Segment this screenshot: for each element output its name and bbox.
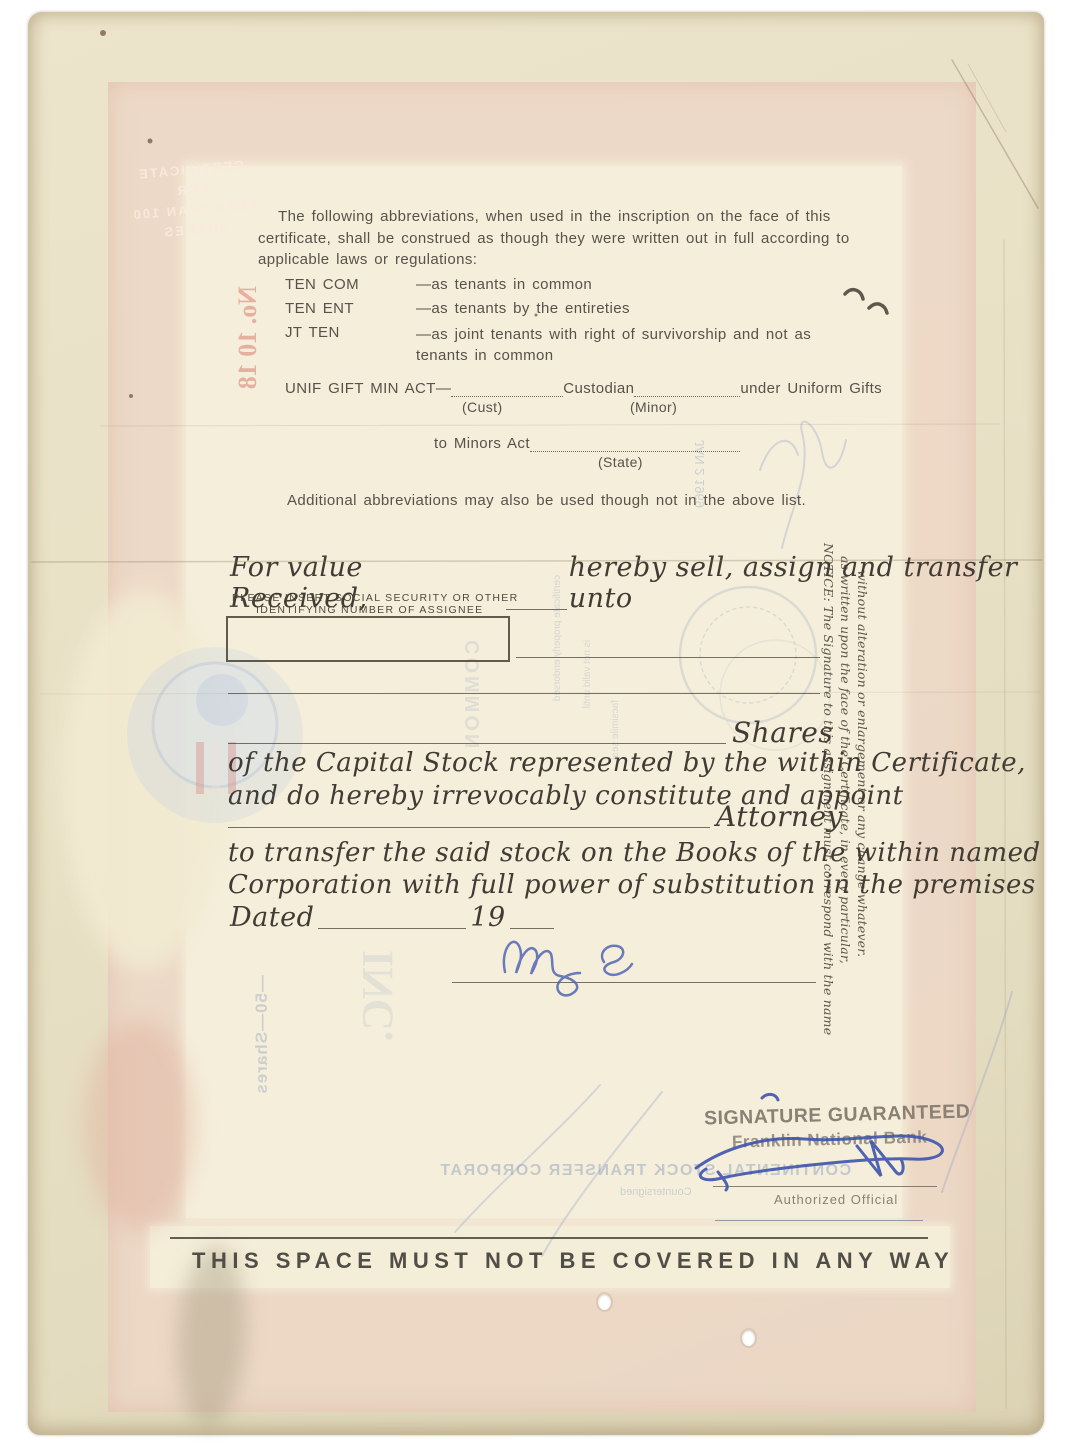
capital-stock-line: of the Capital Stock represented by the …: [228, 748, 1026, 778]
unif-gift-label: UNIF GIFT MIN ACT—: [285, 380, 451, 397]
abbr-def-ten-ent: —as tenants by the entireties: [416, 300, 630, 317]
abbr-def-ten-com: —as tenants in common: [416, 276, 592, 293]
footer-warning-text: THIS SPACE MUST NOT BE COVERED IN ANY WA…: [192, 1248, 954, 1274]
shares-label: Shares: [732, 716, 833, 749]
cust-blank-line: [451, 396, 563, 397]
holder-signature-line: [452, 982, 816, 983]
shares-row: Shares: [228, 716, 833, 749]
year-blank-line: [510, 928, 554, 929]
abbr-term-jt-ten: JT TEN: [285, 324, 340, 341]
state-blank-line: [530, 451, 740, 452]
attorney-blank-line: [228, 827, 710, 828]
footer-rule: [170, 1237, 928, 1239]
custodian-label: Custodian: [563, 380, 634, 397]
books-line: to transfer the said stock on the Books …: [228, 838, 1041, 868]
notice-line-3: without alteration or enlargement or any…: [855, 570, 870, 957]
scanned-stock-certificate-back: CERTIFICATE FOR LESS THAN 100 SHARES No.…: [0, 0, 1080, 1453]
assignee-id-box: [226, 616, 510, 662]
minor-caption: (Minor): [630, 399, 677, 415]
abbr-term-ten-com: TEN COM: [285, 276, 359, 293]
abbreviations-intro: The following abbreviations, when used i…: [258, 206, 856, 271]
additional-abbreviations-note: Additional abbreviations may also be use…: [287, 492, 806, 509]
punch-hole-1: [598, 1294, 611, 1310]
notice-line-1: NOTICE: The Signature to this assignment…: [821, 543, 836, 1035]
minor-blank-line: [634, 396, 740, 397]
assignee-line-1: [516, 657, 820, 658]
cust-caption: (Cust): [462, 399, 503, 415]
state-caption: (State): [598, 454, 643, 470]
minors-act-label: to Minors Act: [434, 435, 530, 452]
minors-act-row: to Minors Act: [434, 435, 740, 452]
dated-row: Dated 19: [230, 902, 554, 933]
authorized-official-line: [713, 1186, 937, 1187]
dated-label: Dated: [230, 902, 314, 933]
punch-hole-2: [742, 1330, 755, 1346]
ssn-instruction-line2: IDENTIFYING NUMBER OF ASSIGNEE: [256, 604, 483, 616]
assignee-line-2: [228, 693, 820, 694]
abbr-term-ten-ent: TEN ENT: [285, 300, 354, 317]
notice-line-2: as written upon the face of the Certific…: [838, 556, 853, 964]
assignor-blank-line: [506, 609, 567, 610]
nineteen-label: 19: [470, 902, 505, 933]
under-uniform-gifts-label: under Uniform Gifts: [740, 380, 882, 397]
ssn-instruction-line1: PLEASE INSERT SOCIAL SECURITY OR OTHER: [232, 592, 519, 604]
date-blank-line: [318, 928, 466, 929]
shares-blank-line: [228, 743, 726, 744]
abbr-def-jt-ten: —as joint tenants with right of survivor…: [416, 324, 840, 366]
attorney-row: Attorney: [228, 800, 843, 833]
authorized-official-label: Authorized Official: [774, 1192, 898, 1207]
unif-gift-row: UNIF GIFT MIN ACT— Custodian under Unifo…: [285, 380, 882, 397]
premises-line: Corporation with full power of substitut…: [228, 870, 1036, 900]
stamp-bottom-line: [715, 1220, 923, 1221]
